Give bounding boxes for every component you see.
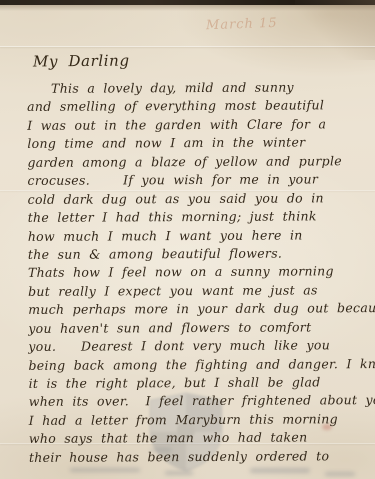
ink-showthrough — [165, 471, 193, 475]
letter-line: the sun & among beautiful flowers. — [28, 244, 372, 264]
letter-salutation: My Darling — [33, 51, 130, 70]
letter-line: who says that the man who had taken — [29, 428, 373, 448]
letter-line: but really I expect you want me just as — [28, 281, 372, 301]
ink-showthrough — [325, 472, 355, 476]
letter-line: garden among a blaze of yellow and purpl… — [27, 152, 371, 172]
letter-line: the letter I had this morning; just thin… — [28, 207, 372, 227]
letter-body-text: This a lovely day, mild and sunny and sm… — [27, 78, 373, 467]
letter-line: it is the right place, but I shall be gl… — [29, 373, 373, 393]
ink-showthrough — [70, 468, 140, 472]
letter-line: cold dark dug out as you said you do in — [28, 189, 372, 209]
ink-showthrough — [250, 468, 310, 473]
letter-line: crocuses. If you wish for me in your — [27, 170, 371, 190]
letter-line: I was out in the garden with Clare for a — [27, 115, 371, 135]
letter-line: I had a letter from Maryburn this mornin… — [29, 410, 373, 430]
letter-line: long time and now I am in the winter — [27, 133, 371, 153]
letter-line: much perhaps more in your dark dug out b… — [28, 299, 372, 319]
letter-line: their house has been suddenly ordered to — [29, 447, 373, 467]
letter-line: and smelling of everything most beautifu… — [27, 97, 371, 117]
letter-line: Thats how I feel now on a sunny morning — [28, 262, 372, 282]
letter-scan-page: March 15 My Darling This a lovely day, m… — [0, 0, 375, 479]
letter-line: This a lovely day, mild and sunny — [27, 78, 371, 98]
letter-line: you haven't sun and flowers to comfort — [28, 318, 372, 338]
letter-line: how much I much I want you here in — [28, 226, 372, 246]
paper-crease — [0, 46, 375, 47]
pencil-date-note: March 15 — [206, 16, 278, 33]
letter-line: you. Dearest I dont very much like you — [28, 336, 372, 356]
paper-corner-shading — [295, 0, 375, 60]
letter-line: when its over. I feel rather frightened … — [29, 392, 373, 412]
letter-line: being back among the fighting and danger… — [28, 355, 372, 375]
